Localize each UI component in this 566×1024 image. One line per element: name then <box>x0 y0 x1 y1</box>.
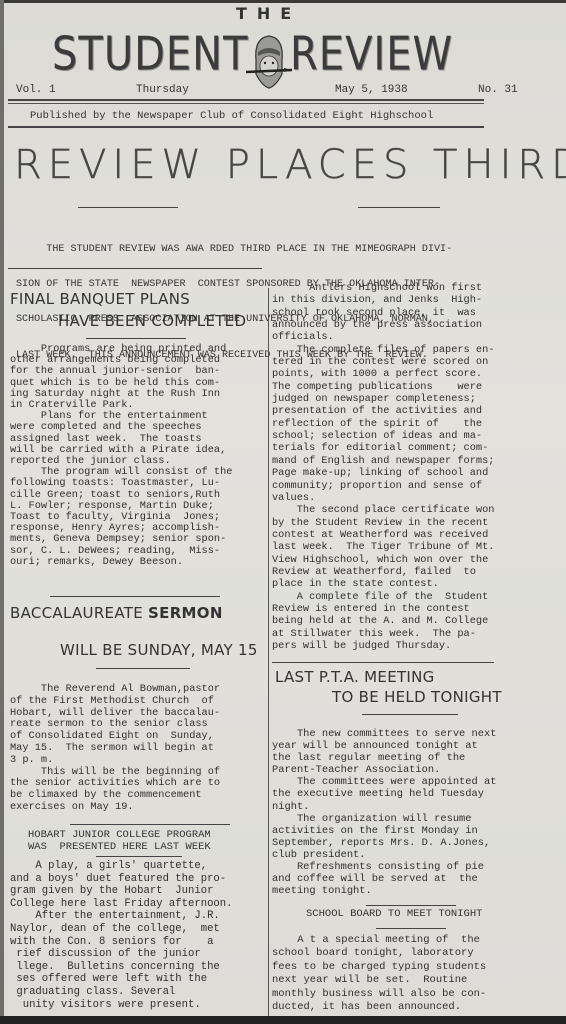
pta-headline-2: TO BE HELD TONIGHT <box>332 688 502 706</box>
article-line: club president. <box>272 849 496 861</box>
article-line: and coffee will be served at the <box>272 873 496 885</box>
publisher-line: Published by the Newspaper Club of Conso… <box>30 110 433 122</box>
article-line: in this division, and Jenks High- <box>272 294 494 306</box>
article-line: place in the state contest. <box>272 578 494 590</box>
article-line: at Stillwater this week. The pa- <box>272 628 494 640</box>
article-line: Review is entered in the contest <box>272 603 494 615</box>
article-line: The complete files of papers en- <box>272 344 494 356</box>
article-line: activities on the first Monday in <box>272 825 496 837</box>
baccalaureate-article: The Reverend Al Bowman,pastorof the Firs… <box>10 684 220 814</box>
baccalaureate-rule <box>96 668 190 669</box>
article-line: school took second place, it was <box>272 307 494 319</box>
article-line: unity visitors were present. <box>10 999 233 1012</box>
article-line: tered in the contest were scored on <box>272 356 494 368</box>
masthead-rule-thin <box>8 103 484 104</box>
pta-rule <box>362 714 458 715</box>
school-board-article: A t a special meeting of theschool board… <box>272 934 486 1014</box>
hobart-rule-top <box>70 824 230 825</box>
article-line: contest at Weatherford was received <box>272 529 494 541</box>
banquet-headline-1: FINAL BANQUET PLANS <box>10 290 190 308</box>
article-line: of the First Methodist Church of <box>10 696 220 708</box>
pta-headline-1: LAST P.T.A. MEETING <box>275 668 435 686</box>
article-line: Page make-up; linking of school and <box>272 467 494 479</box>
page-edge-left <box>0 0 4 1024</box>
pirate-head-icon <box>246 30 292 90</box>
lead-story-continuation: Antlers Highschool won firstin this divi… <box>272 282 494 652</box>
article-line: Review at Weatherford, failed to <box>272 566 494 578</box>
article-line: rief discussion of the junior <box>10 948 233 961</box>
page-edge-top <box>0 0 566 3</box>
article-line: last week. The Tiger Tribune of Mt. <box>272 541 494 553</box>
article-line: Antlers Highschool won first <box>272 282 494 294</box>
pta-rule-top <box>272 662 494 663</box>
article-line: year will be announced tonight at <box>272 740 496 752</box>
article-line: school board tonight, laboratory <box>272 947 486 960</box>
baccalaureate-rule-top <box>50 596 220 597</box>
article-line: community; proportion and sense of <box>272 480 494 492</box>
article-line: 3 p. m. <box>10 755 220 767</box>
newspaper-page: STUDENT THE REVIEW Vol. 1 Thursday May 5… <box>0 0 566 1024</box>
article-line: fees to be charged typing students <box>272 961 486 974</box>
article-line: pers will be judged Thursday. <box>272 640 494 652</box>
lede-line: THE STUDENT REVIEW WAS AWA RDED THIRD PL… <box>16 244 516 256</box>
article-line: terials for editorial comment; com- <box>272 442 494 454</box>
article-line: Refreshments consisting of pie <box>272 861 496 873</box>
article-line: mand of English and newspaper forms; <box>272 455 494 467</box>
article-line: A t a special meeting of the <box>272 934 486 947</box>
article-line: were completed and the speeches <box>10 422 232 433</box>
article-line: ouri; remarks, Dewey Beeson. <box>10 557 232 568</box>
article-line: Naylor, dean of the college, met <box>10 923 233 936</box>
article-line: the last regular meeting of the <box>272 752 496 764</box>
article-line: The second place certificate won <box>272 504 494 516</box>
article-line: following toasts: Toastmaster, Lu- <box>10 478 232 489</box>
hobart-article: A play, a girls' quartette,and a boys' d… <box>10 860 233 1011</box>
article-line: points, with 1000 a perfect score. <box>272 368 494 380</box>
article-line: View Highschool, which won over the <box>272 554 494 566</box>
article-line: Parent-Teacher Association. <box>272 764 496 776</box>
article-line: officials. <box>272 331 494 343</box>
school-board-rule-top <box>366 905 456 906</box>
article-line: gram given by the Hobart Junior <box>10 885 233 898</box>
article-line: exercises on May 19. <box>10 802 220 814</box>
page-edge-bottom <box>0 1016 566 1024</box>
article-line: llege. Bulletins concerning the <box>10 961 233 974</box>
banquet-headline-2: HAVE BEEN COMPLETED <box>58 312 246 330</box>
lead-headline: REVIEW PLACES THIRD <box>14 142 554 188</box>
article-line: monthly business will also be con- <box>272 988 486 1001</box>
article-line: ses offered were left with the <box>10 973 233 986</box>
column-divider <box>268 288 269 1016</box>
article-line: announced by the press association <box>272 319 494 331</box>
article-line: reflection of the spirit of the <box>272 418 494 430</box>
article-line: and a boys' duet featured the pro- <box>10 873 233 886</box>
article-line: with the Con. 8 seniors for a <box>10 936 233 949</box>
article-line: night. <box>272 801 496 813</box>
masthead-title-the: THE <box>236 4 296 23</box>
article-line: meeting tonight. <box>272 885 496 897</box>
volume-number: Vol. 1 <box>16 84 56 96</box>
school-board-rule <box>376 928 446 929</box>
hobart-headline-1: HOBART JUNIOR COLLEGE PROGRAM <box>28 829 211 841</box>
article-line: The organization will resume <box>272 813 496 825</box>
banquet-rule <box>86 338 186 339</box>
baccalaureate-headline-part: BACCALAUREATE <box>10 604 148 622</box>
publisher-rule <box>8 126 484 128</box>
school-board-headline: SCHOOL BOARD TO MEET TONIGHT <box>306 908 482 920</box>
masthead-title-left: STUDENT <box>52 28 249 81</box>
banquet-article: Programs are being printed andother arra… <box>10 344 232 568</box>
article-line: the executive meeting held Tuesday <box>272 788 496 800</box>
pta-article: The new committees to serve nextyear wil… <box>272 728 496 897</box>
article-line: September, reports Mrs. D. A.Jones, <box>272 837 496 849</box>
article-line: judged on newspaper completeness; <box>272 393 494 405</box>
article-line: next year will be set. Routine <box>272 974 486 987</box>
article-line: presentation of the activities and <box>272 405 494 417</box>
article-line: A complete file of the Student <box>272 591 494 603</box>
masthead-title-right: REVIEW <box>290 28 453 81</box>
section-rule <box>8 268 262 269</box>
article-line: ments, Geneva Dempsey; senior spon- <box>10 534 232 545</box>
article-line: College here last Friday afternoon. <box>10 898 233 911</box>
baccalaureate-headline-bold: SERMON <box>148 604 223 622</box>
baccalaureate-headline-2: WILL BE SUNDAY, MAY 15 <box>60 641 258 659</box>
article-line: The new committees to serve next <box>272 728 496 740</box>
article-line: values. <box>272 492 494 504</box>
article-line: The competing publications were <box>272 381 494 393</box>
hobart-rule <box>96 856 182 857</box>
issue-day: Thursday <box>136 84 189 96</box>
article-line: May 15. The sermon will begin at <box>10 743 220 755</box>
masthead-rule <box>8 99 484 101</box>
headline-rule-left <box>78 207 178 208</box>
article-line: ducted, it has been announced. <box>272 1001 486 1014</box>
baccalaureate-headline-1: BACCALAUREATE SERMON <box>10 604 223 622</box>
hobart-headline: HOBART JUNIOR COLLEGE PROGRAMWAS PRESENT… <box>28 829 211 853</box>
article-line: graduating class. Several <box>10 986 233 999</box>
headline-rule-right <box>358 207 440 208</box>
article-line: After the entertainment, J.R. <box>10 910 233 923</box>
article-line: being held at the A. and M. College <box>272 615 494 627</box>
article-line: by the Student Review in the recent <box>272 517 494 529</box>
article-line: The committees were appointed at <box>272 776 496 788</box>
article-line: for the annual junior-senior ban- <box>10 366 232 377</box>
article-line: school; selection of ideas and ma- <box>272 430 494 442</box>
issue-date: May 5, 1938 <box>335 84 408 96</box>
issue-number: No. 31 <box>478 84 518 96</box>
hobart-headline-2: WAS PRESENTED HERE LAST WEEK <box>28 841 211 853</box>
article-line: A play, a girls' quartette, <box>10 860 233 873</box>
